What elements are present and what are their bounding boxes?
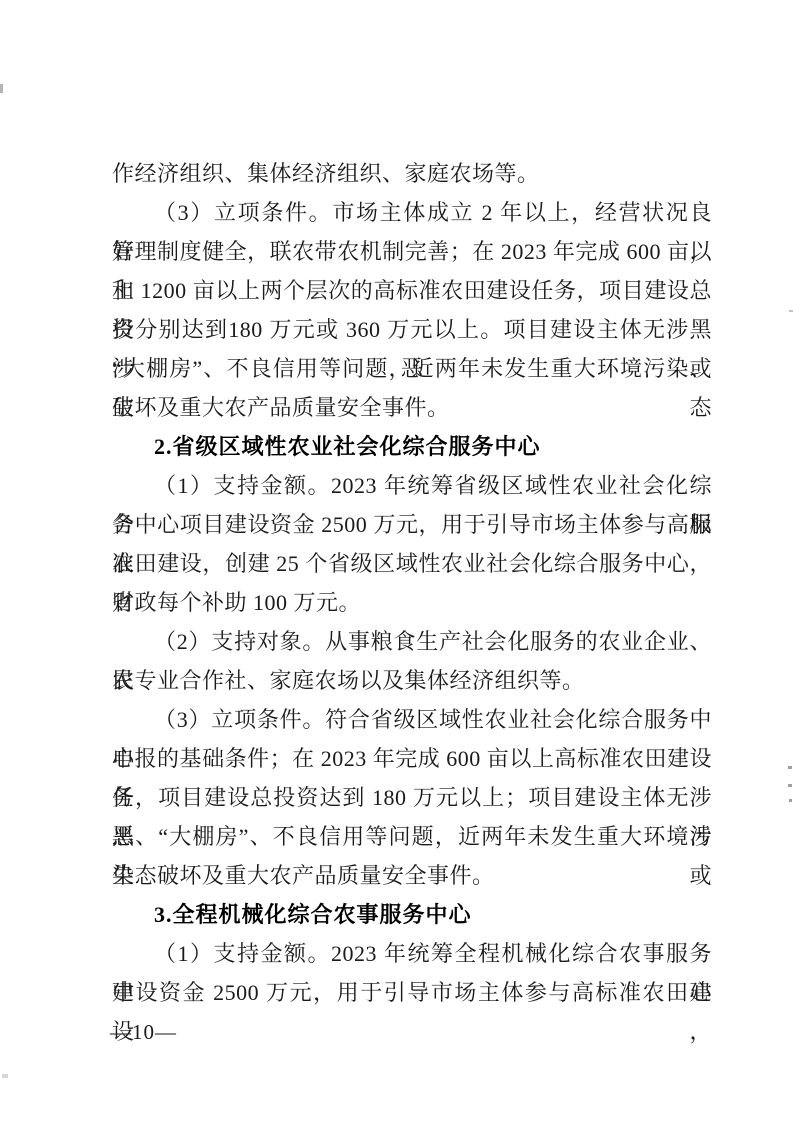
text-line: （2）支持对象。从事粮食生产社会化服务的农业企业、农 [112, 622, 712, 661]
text-line: 财政每个补助 100 万元。 [112, 583, 712, 622]
scan-artifact [2, 1074, 8, 1078]
scan-artifact [788, 766, 792, 769]
text-line: 恶、“大棚房”、不良信用等问题，近两年未发生重大环境污染或 [112, 817, 712, 856]
section-heading: 3.全程机械化综合农事服务中心 [112, 895, 712, 934]
text-line: （3）立项条件。符合省级区域性农业社会化综合服务中心 [112, 700, 712, 739]
text-line: 民专业合作社、家庭农场以及集体经济组织等。 [112, 661, 712, 700]
scan-artifact [789, 310, 793, 312]
text-line: 建设资金 2500 万元，用于引导市场主体参与高标准农田建设， [112, 973, 712, 1012]
text-line: （1）支持金额。2023 年统筹省级区域性农业社会化综合服 [112, 466, 712, 505]
text-line: 务，项目建设总投资达到 180 万元以上；项目建设主体无涉黑涉 [112, 778, 712, 817]
text-line: 管理制度健全，联农带农机制完善；在 2023 年完成 600 亩以上 [112, 232, 712, 271]
scan-artifact [789, 799, 792, 802]
text-line: 申报的基础条件；在 2023 年完成 600 亩以上高标准农田建设任 [112, 739, 712, 778]
document-text-block: 作经济组织、集体经济组织、家庭农场等。（3）立项条件。市场主体成立 2 年以上，… [112, 154, 712, 1012]
text-line: 和 1200 亩以上两个层次的高标准农田建设任务，项目建设总投 [112, 271, 712, 310]
text-line: 作经济组织、集体经济组织、家庭农场等。 [112, 154, 712, 193]
text-line: （1）支持金额。2023 年统筹全程机械化综合农事服务中心 [112, 934, 712, 973]
scan-artifact [0, 84, 3, 93]
section-heading: 2.省级区域性农业社会化综合服务中心 [112, 427, 712, 466]
text-line: 农田建设，创建 25 个省级区域性农业社会化综合服务中心，省 [112, 544, 712, 583]
text-line: （3）立项条件。市场主体成立 2 年以上，经营状况良好， [112, 193, 712, 232]
document-page: 作经济组织、集体经济组织、家庭农场等。（3）立项条件。市场主体成立 2 年以上，… [0, 0, 793, 1123]
page-number: —10— [110, 1017, 177, 1047]
text-line: 资分别达到180 万元或 360 万元以上。项目建设主体无涉黑涉恶、 [112, 310, 712, 349]
text-line: 务中心项目建设资金 2500 万元，用于引导市场主体参与高标准 [112, 505, 712, 544]
text-line: “大棚房”、不良信用等问题，近两年未发生重大环境污染或生态 [112, 349, 712, 388]
scan-artifact [788, 784, 792, 787]
